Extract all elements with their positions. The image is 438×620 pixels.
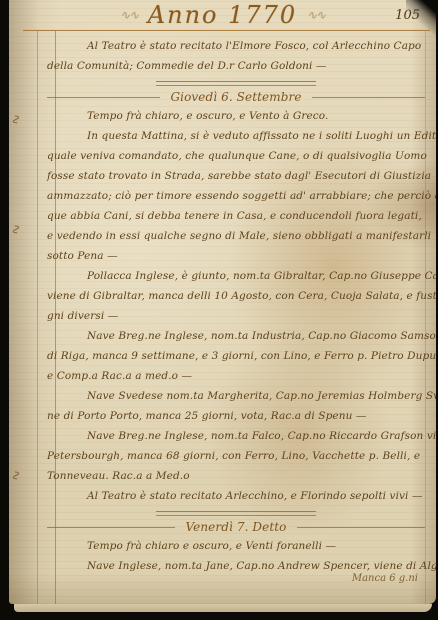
manuscript-line: della Comunità; Commedie del D.r Carlo G… xyxy=(47,56,425,76)
manuscript-line: viene di Gibraltar, manca delli 10 Agost… xyxy=(47,286,425,306)
manuscript-line: e vedendo in essi qualche segno di Male,… xyxy=(47,226,425,246)
stitch-mark-icon: ∿ xyxy=(9,223,24,236)
underlying-page-edge xyxy=(14,604,432,612)
manuscript-line: Tonneveau. Rac.a a Med.o xyxy=(47,466,425,486)
heading-rule-right xyxy=(312,97,425,106)
heading-rule-left xyxy=(47,527,175,536)
flourish-icon: ∿∿ xyxy=(120,8,138,22)
margin-line-right xyxy=(425,31,426,604)
section-heading: Giovedì 6. Settembre xyxy=(160,87,311,106)
manuscript-line: Nave Breg.ne Inglese, nom.ta Industria, … xyxy=(47,326,425,346)
manuscript-line: Al Teatro è stato recitato Arlecchino, e… xyxy=(47,486,425,506)
manuscript-line: Petersbourgh, manca 68 giorni, con Ferro… xyxy=(47,446,425,466)
section-heading-row: Giovedì 6. Settembre xyxy=(47,87,425,106)
margin-line-left-outer xyxy=(37,31,38,604)
manuscript-line: ammazzato; ciò per timore essendo sogget… xyxy=(47,186,425,206)
manuscript-line: Pollacca Inglese, è giunto, nom.ta Gibra… xyxy=(47,266,425,286)
manuscript-line: fosse stato trovato in Strada, sarebbe s… xyxy=(47,166,425,186)
manuscript-line: e Comp.a Rac.a a med.o — xyxy=(47,366,425,386)
manuscript-body: Al Teatro è stato recitato l'Elmore Fosc… xyxy=(47,36,425,576)
manuscript-line: que abbia Cani, si debba tenere in Casa,… xyxy=(47,206,425,226)
manuscript-line: di Riga, manca 9 settimane, e 3 giorni, … xyxy=(47,346,425,366)
page-title: ∿∿ Anno 1770 ∿∿ xyxy=(9,1,436,29)
section-divider-rule xyxy=(156,81,316,86)
manuscript-line: Nave Svedese nom.ta Margherita, Cap.no J… xyxy=(47,386,425,406)
page-title-text: Anno 1770 xyxy=(148,1,297,29)
manuscript-line: Al Teatro è stato recitato l'Elmore Fosc… xyxy=(47,36,425,56)
flourish-icon: ∿∿ xyxy=(307,8,325,22)
manuscript-page: ∿∿ Anno 1770 ∿∿ 105 ∿ ∿ ∿ Al Teatro è st… xyxy=(9,0,436,604)
section-heading-row: Venerdì 7. Detto xyxy=(47,517,425,536)
stitch-mark-icon: ∿ xyxy=(9,469,24,482)
heading-rule-right xyxy=(297,527,425,536)
manuscript-line: ne di Porto Porto, manca 25 giorni, vota… xyxy=(47,406,425,426)
section-heading: Venerdì 7. Detto xyxy=(175,517,296,536)
manuscript-line: Nave Breg.ne Inglese, nom.ta Falco, Cap.… xyxy=(47,426,425,446)
stitch-mark-icon: ∿ xyxy=(9,113,24,126)
manuscript-line: gni diversi — xyxy=(47,306,425,326)
header-rule xyxy=(23,30,430,31)
catchword: Manca 6 g.ni xyxy=(352,573,418,584)
journal-sections: Giovedì 6. SettembreTempo frà chiaro, e … xyxy=(47,81,425,576)
manuscript-line: In questa Mattina, si è veduto affissato… xyxy=(47,126,425,146)
manuscript-line: quale veniva comandato, che qualunque Ca… xyxy=(47,146,425,166)
heading-rule-left xyxy=(47,97,160,106)
section-divider-rule xyxy=(156,511,316,516)
manuscript-line: sotto Pena — xyxy=(47,246,425,266)
manuscript-line: Tempo frà chiaro e oscuro, e Venti foran… xyxy=(47,536,425,556)
manuscript-line: Tempo frà chiaro, e oscuro, e Vento à Gr… xyxy=(47,106,425,126)
scan-corner-shadow xyxy=(406,0,436,52)
